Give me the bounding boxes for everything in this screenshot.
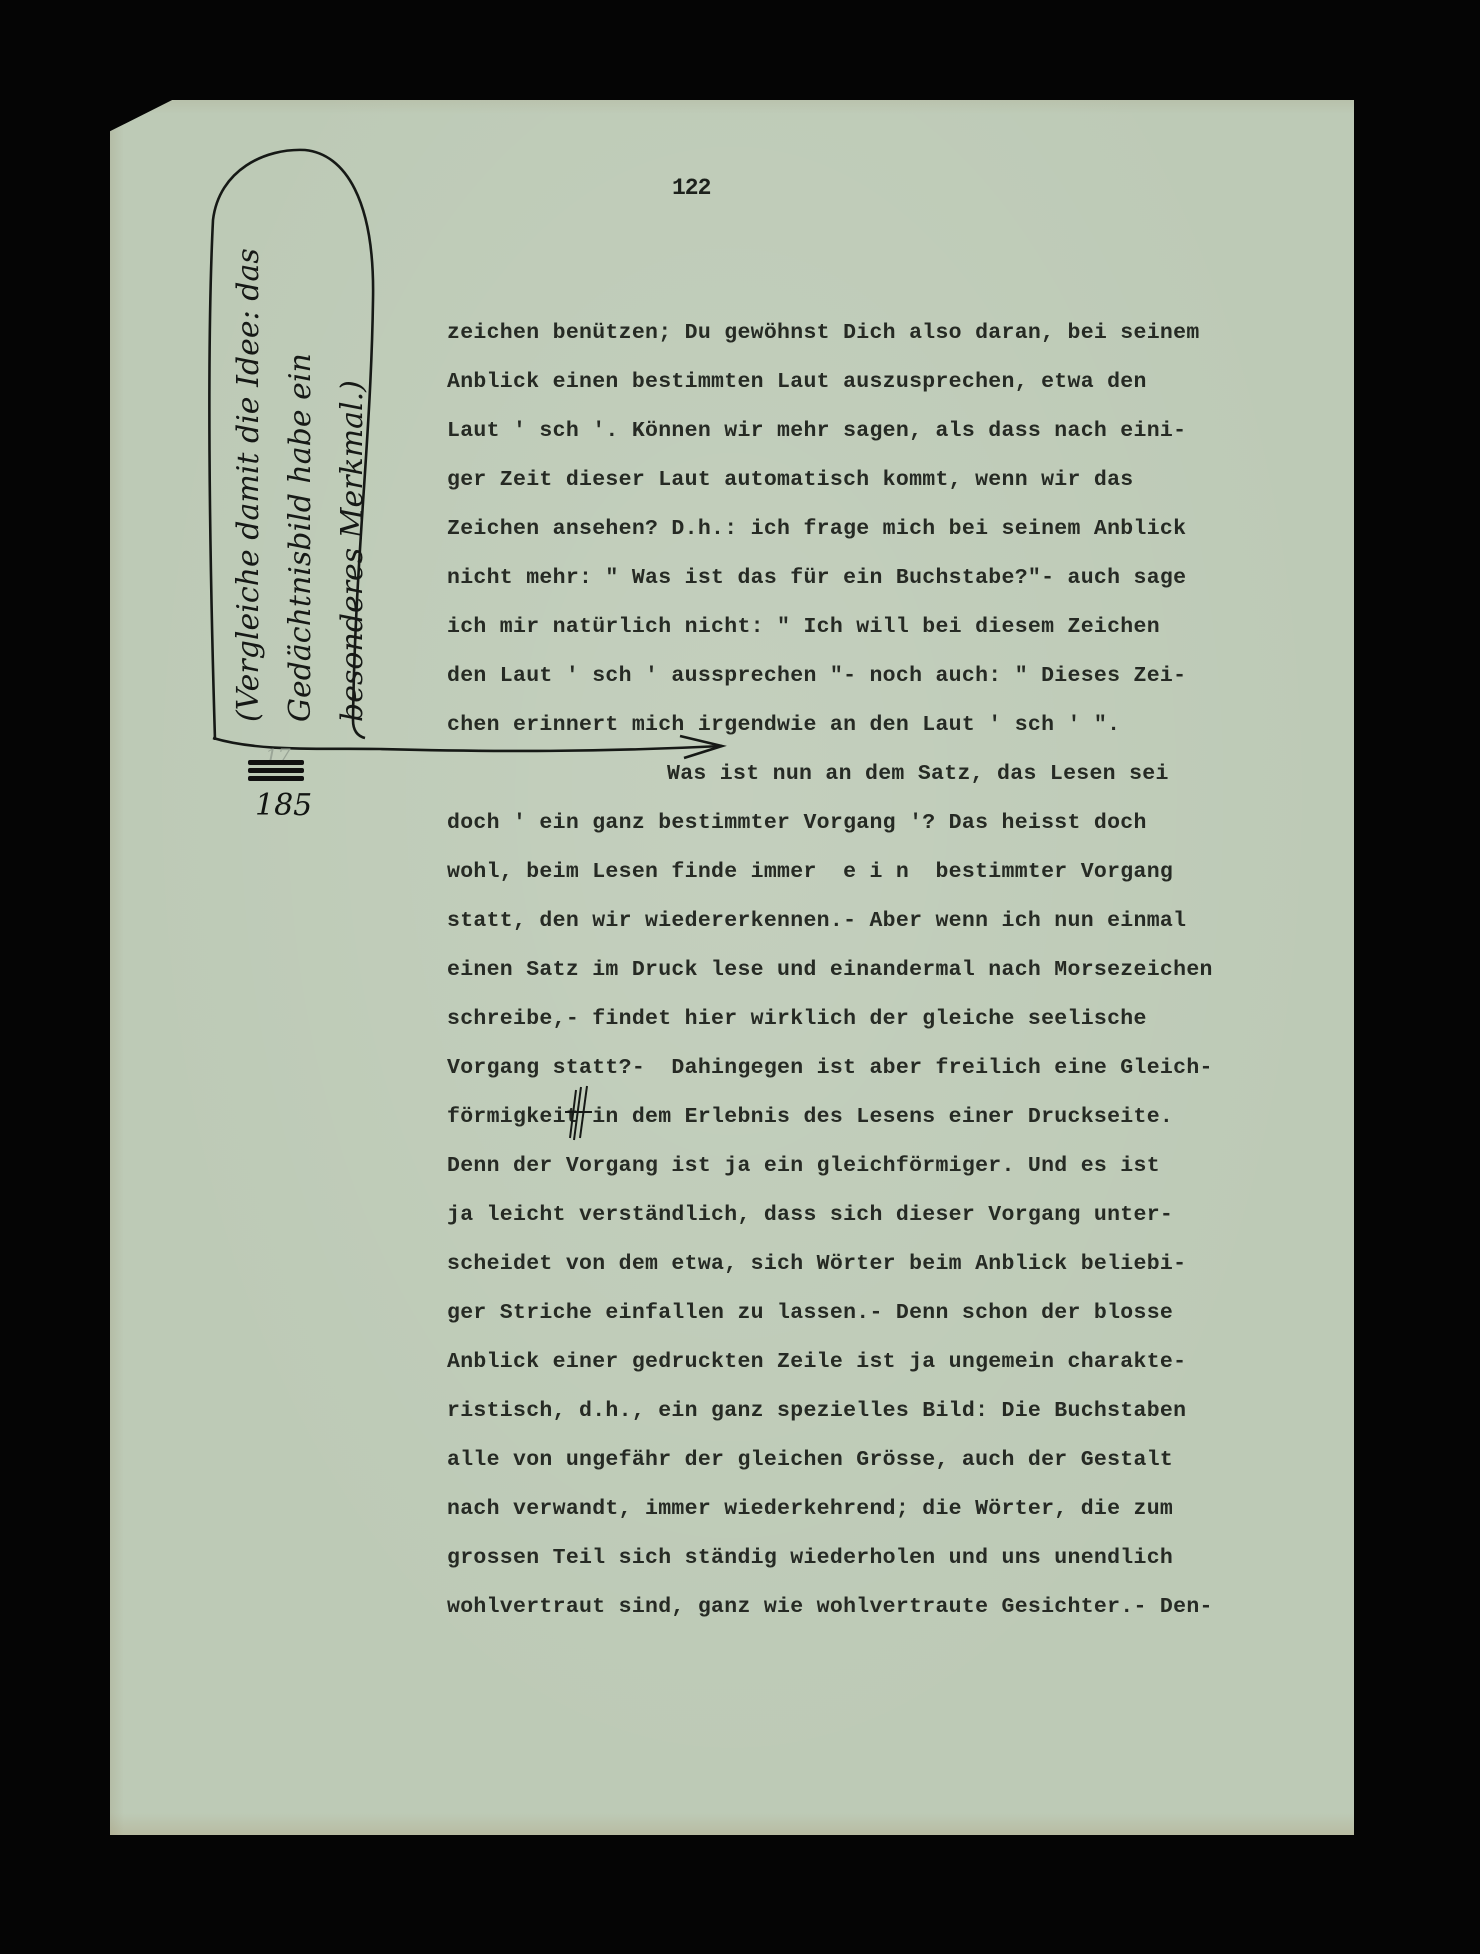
margin-number: 185	[255, 788, 312, 823]
handwritten-slash-mark	[0, 0, 1480, 1954]
struck-out-number	[248, 760, 304, 782]
